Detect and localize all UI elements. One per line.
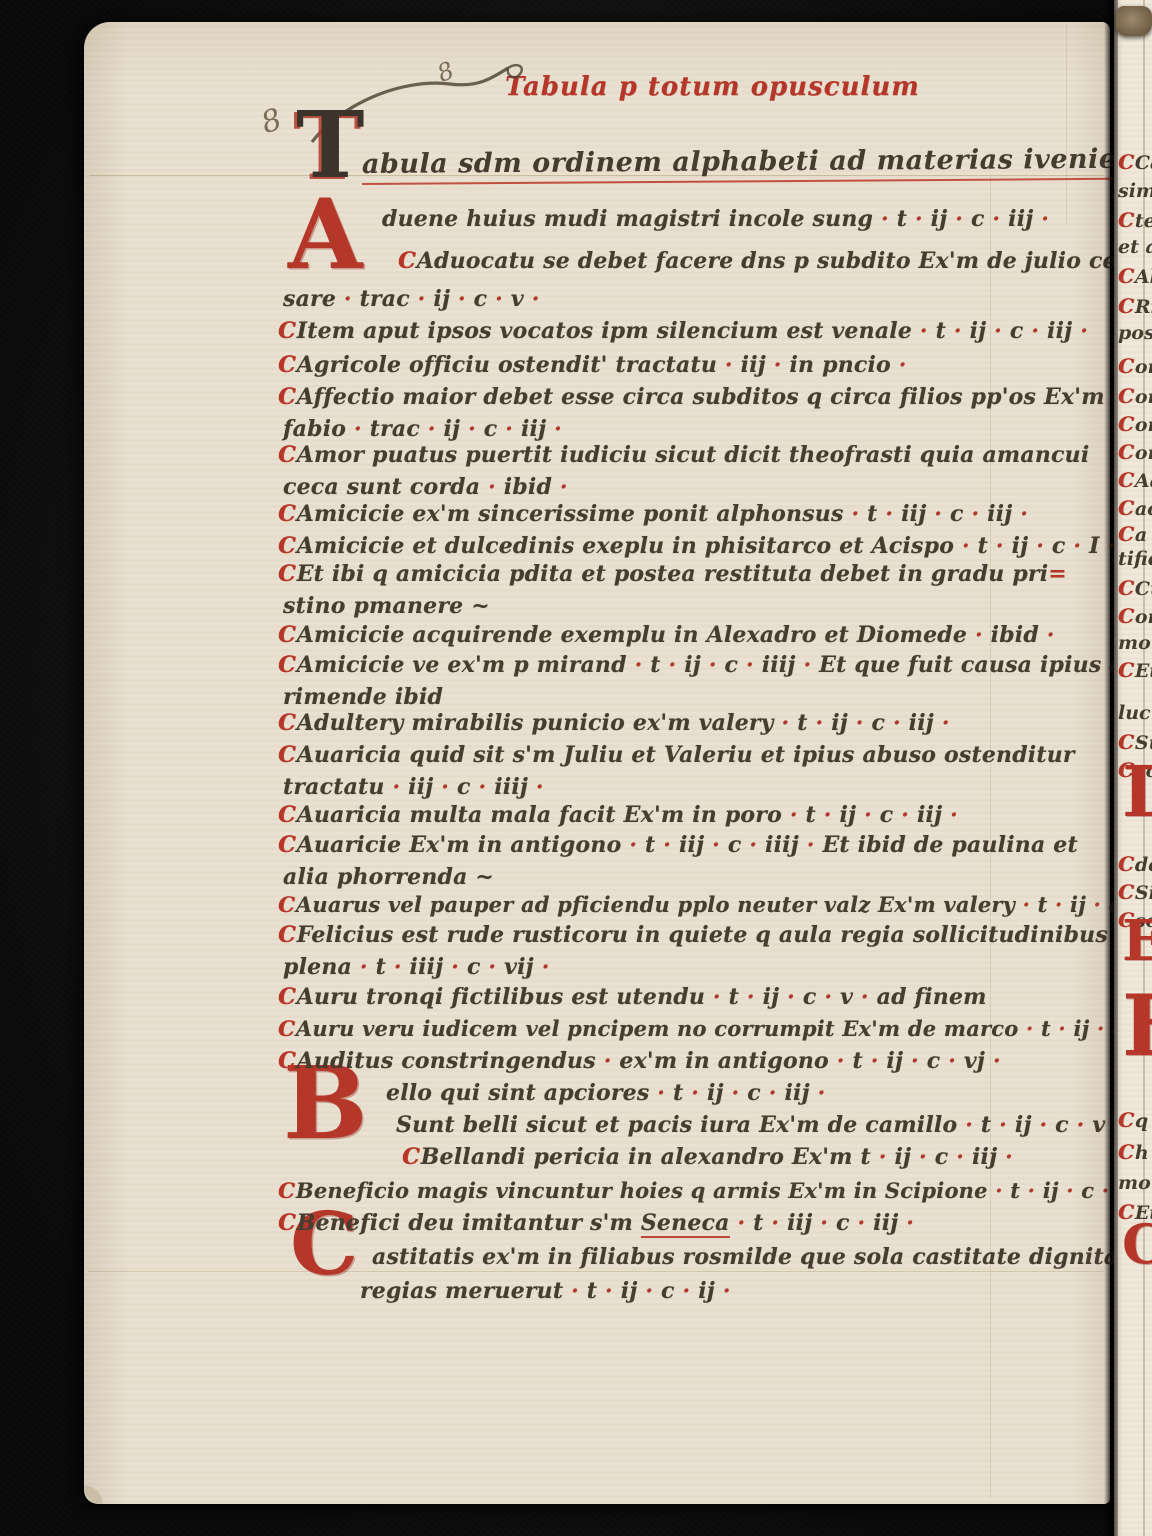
facing-page-initial-d: D <box>1122 762 1152 822</box>
facing-page-fragment: luc <box>1118 702 1151 724</box>
section-initial-a: A <box>288 192 362 278</box>
facing-page-fragment: CEt <box>1118 658 1152 682</box>
pilcrow-mark: C <box>278 742 296 768</box>
facing-page-fragment: CRi <box>1118 294 1152 318</box>
pilcrow-mark: C <box>278 501 296 527</box>
facing-page-initial-e: E <box>1122 918 1152 966</box>
index-entry-line: Sunt belli sicut et pacis iura Ex'm de c… <box>396 1112 1121 1138</box>
pilcrow-mark: C <box>278 922 296 948</box>
index-entry-line: sare · trac · ij · c · v · <box>283 286 540 312</box>
index-entry-line: stino pmanere ~ <box>283 593 490 619</box>
pilcrow-mark: C <box>278 1210 296 1236</box>
facing-page-fragment: CSi <box>1118 880 1152 904</box>
index-entry-line: CAuru tronqi fictilibus est utendu · t ·… <box>278 984 987 1010</box>
index-entry-line: astitatis ex'm in filiabus rosmilde que … <box>372 1244 1152 1270</box>
pilcrow-mark: C <box>1118 658 1134 682</box>
facing-page-fragment: CAla <box>1118 264 1152 288</box>
pilcrow-mark: C <box>1118 468 1134 492</box>
facing-page-fragment: Cq <box>1118 1108 1148 1132</box>
facing-page-fragment: et a <box>1118 236 1152 258</box>
pilcrow-mark: C <box>278 1016 295 1041</box>
facing-page-fragment: Ch <box>1118 1140 1149 1164</box>
index-entry-line: tractatu · iij · c · iiij · <box>283 774 544 800</box>
facing-page-fragment: Ca <box>1118 522 1147 546</box>
pilcrow-mark: C <box>1118 150 1134 174</box>
index-entry-line: CAuarus vel pauper ad pficiendu pplo neu… <box>278 892 1152 917</box>
pilcrow-mark: C <box>1118 1108 1134 1132</box>
index-entry-line: CAmicicie ve ex'm p mirand · t · ij · c … <box>278 652 1152 678</box>
index-entry-line: regias meruerut · t · ij · c · ij · <box>360 1278 731 1304</box>
pilcrow-mark: C <box>278 561 296 587</box>
pilcrow-mark: C <box>278 892 295 917</box>
pilcrow-mark: C <box>1118 440 1134 464</box>
facing-page-fragment: Cde <box>1118 852 1152 876</box>
facing-page-fragment: Con <box>1118 412 1152 436</box>
index-entry-line: CAmicicie et dulcedinis exeplu in phisit… <box>278 533 1115 559</box>
index-entry-line: CAffectio maior debet esse circa subdito… <box>278 384 1137 410</box>
binding-gutter <box>1104 0 1118 1536</box>
facing-page-fragment: Con <box>1118 604 1152 628</box>
index-entry-line: CAmicicie ex'm sincerissime ponit alphon… <box>278 501 1028 527</box>
pilcrow-mark: C <box>1118 604 1134 628</box>
pilcrow-mark: C <box>398 248 416 274</box>
index-entry-line: CFelicius est rude rusticoru in quiete q… <box>278 922 1108 948</box>
pilcrow-mark: C <box>278 832 296 858</box>
index-entry-line: CAdultery mirabilis punicio ex'm valery … <box>278 710 950 736</box>
title-initial: T <box>296 104 364 187</box>
index-entry-line: CAgricole officiu ostendit' tractatu · i… <box>278 352 907 378</box>
pilcrow-mark: C <box>1118 576 1134 600</box>
ruling-line-margin <box>1066 24 1067 224</box>
index-entry-line: CAuaricia multa mala facit Ex'm in poro … <box>278 802 958 828</box>
index-entry-line: rimende ibid <box>283 684 443 710</box>
pilcrow-mark: C <box>1118 412 1134 436</box>
facing-page-initial-c: C <box>1122 1222 1152 1268</box>
facing-page-fragment: Cac <box>1118 496 1152 520</box>
index-entry-line: CAuditus constringendus · ex'm in antigo… <box>278 1048 1001 1074</box>
facing-page-fragment: CCa <box>1118 150 1152 174</box>
index-entry-line: CAuaricia quid sit s'm Juliu et Valeriu … <box>278 742 1075 768</box>
facing-page-fragment: Con <box>1118 440 1152 464</box>
pilcrow-mark: C <box>1118 264 1134 288</box>
facing-page-fragment: pos <box>1118 322 1152 344</box>
binding-tab <box>1116 6 1152 36</box>
ruling-line-bottom <box>88 1271 1104 1272</box>
pilcrow-mark: C <box>402 1144 420 1170</box>
index-entry-line: duene huius mudi magistri incole sung · … <box>382 206 1049 232</box>
pilcrow-mark: C <box>278 802 296 828</box>
index-entry-line: CAmicicie acquirende exemplu in Alexadro… <box>278 622 1055 648</box>
pilcrow-mark: C <box>1118 1140 1134 1164</box>
pilcrow-mark: C <box>1118 208 1134 232</box>
index-entry-line: CEt ibi q amicicia pdita et postea resti… <box>278 561 1067 587</box>
index-entry-line: alia phorrenda ~ <box>283 864 494 890</box>
pilcrow-mark: C <box>1118 496 1134 520</box>
pilcrow-mark: C <box>1118 880 1134 904</box>
pilcrow-mark: C <box>278 318 296 344</box>
pilcrow-mark: C <box>278 1048 296 1074</box>
index-entry-line: ello qui sint apciores · t · ij · c · ii… <box>386 1080 825 1106</box>
pilcrow-mark: C <box>278 1178 295 1203</box>
facing-page-fragment: CAa <box>1118 468 1152 492</box>
index-entry-line: CItem aput ipsos vocatos ipm silencium e… <box>278 318 1088 344</box>
running-header: Tabula p totum opusculum <box>505 72 920 102</box>
facing-page-fragment: sima <box>1118 180 1152 202</box>
index-entry-line: CAmor puatus puertit iudiciu sicut dicit… <box>278 442 1089 468</box>
index-entry-line: CBeneficio magis vincuntur hoies q armis… <box>278 1178 1142 1203</box>
facing-page-fragment: mor <box>1118 1172 1152 1194</box>
facing-page-fragment: Ctem <box>1118 208 1152 232</box>
facing-page-fragment: tific <box>1118 548 1152 570</box>
pilcrow-mark: C <box>278 622 296 648</box>
facing-page-fragment: Con <box>1118 384 1152 408</box>
manuscript-photo: { "meta": { "description": "Photograph o… <box>0 0 1152 1536</box>
pilcrow-mark: C <box>278 533 296 559</box>
index-entry-line: ceca sunt corda · ibid · <box>283 474 568 500</box>
pilcrow-mark: C <box>278 710 296 736</box>
facing-page-fragment: CCu <box>1118 576 1152 600</box>
pilcrow-mark: C <box>278 984 296 1010</box>
pilcrow-mark: C <box>278 384 296 410</box>
pilcrow-mark: C <box>278 352 296 378</box>
pilcrow-mark: C <box>1118 852 1134 876</box>
index-entry-line: CAduocatu se debet facere dns p subdito … <box>398 248 1135 274</box>
facing-page-fragment: Con <box>1118 354 1152 378</box>
pilcrow-mark: C <box>1118 354 1134 378</box>
pilcrow-mark: C <box>1118 522 1134 546</box>
index-entry-line: CAuru veru iudicem vel pncipem no corrum… <box>278 1016 1152 1041</box>
pilcrow-mark: C <box>1118 384 1134 408</box>
index-entry-line: CAuaricie Ex'm in antigono · t · iij · c… <box>278 832 1078 858</box>
facing-page-initial-f: F <box>1122 990 1152 1061</box>
pilcrow-mark: C <box>278 442 296 468</box>
index-title: abula sdm ordinem alphabeti ad materias … <box>362 143 1152 185</box>
pilcrow-mark: C <box>278 652 296 678</box>
pilcrow-mark: C <box>1118 294 1134 318</box>
index-entry-line: CBellandi pericia in alexandro Ex'm t · … <box>402 1144 1013 1170</box>
facing-page-fragment: mor <box>1118 632 1152 654</box>
index-entry-line: CBenefici deu imitantur s'm Seneca · t ·… <box>278 1210 914 1236</box>
index-entry-line: plena · t · iiij · c · vij · <box>283 954 550 980</box>
index-entry-line: fabio · trac · ij · c · iij · <box>283 416 562 442</box>
